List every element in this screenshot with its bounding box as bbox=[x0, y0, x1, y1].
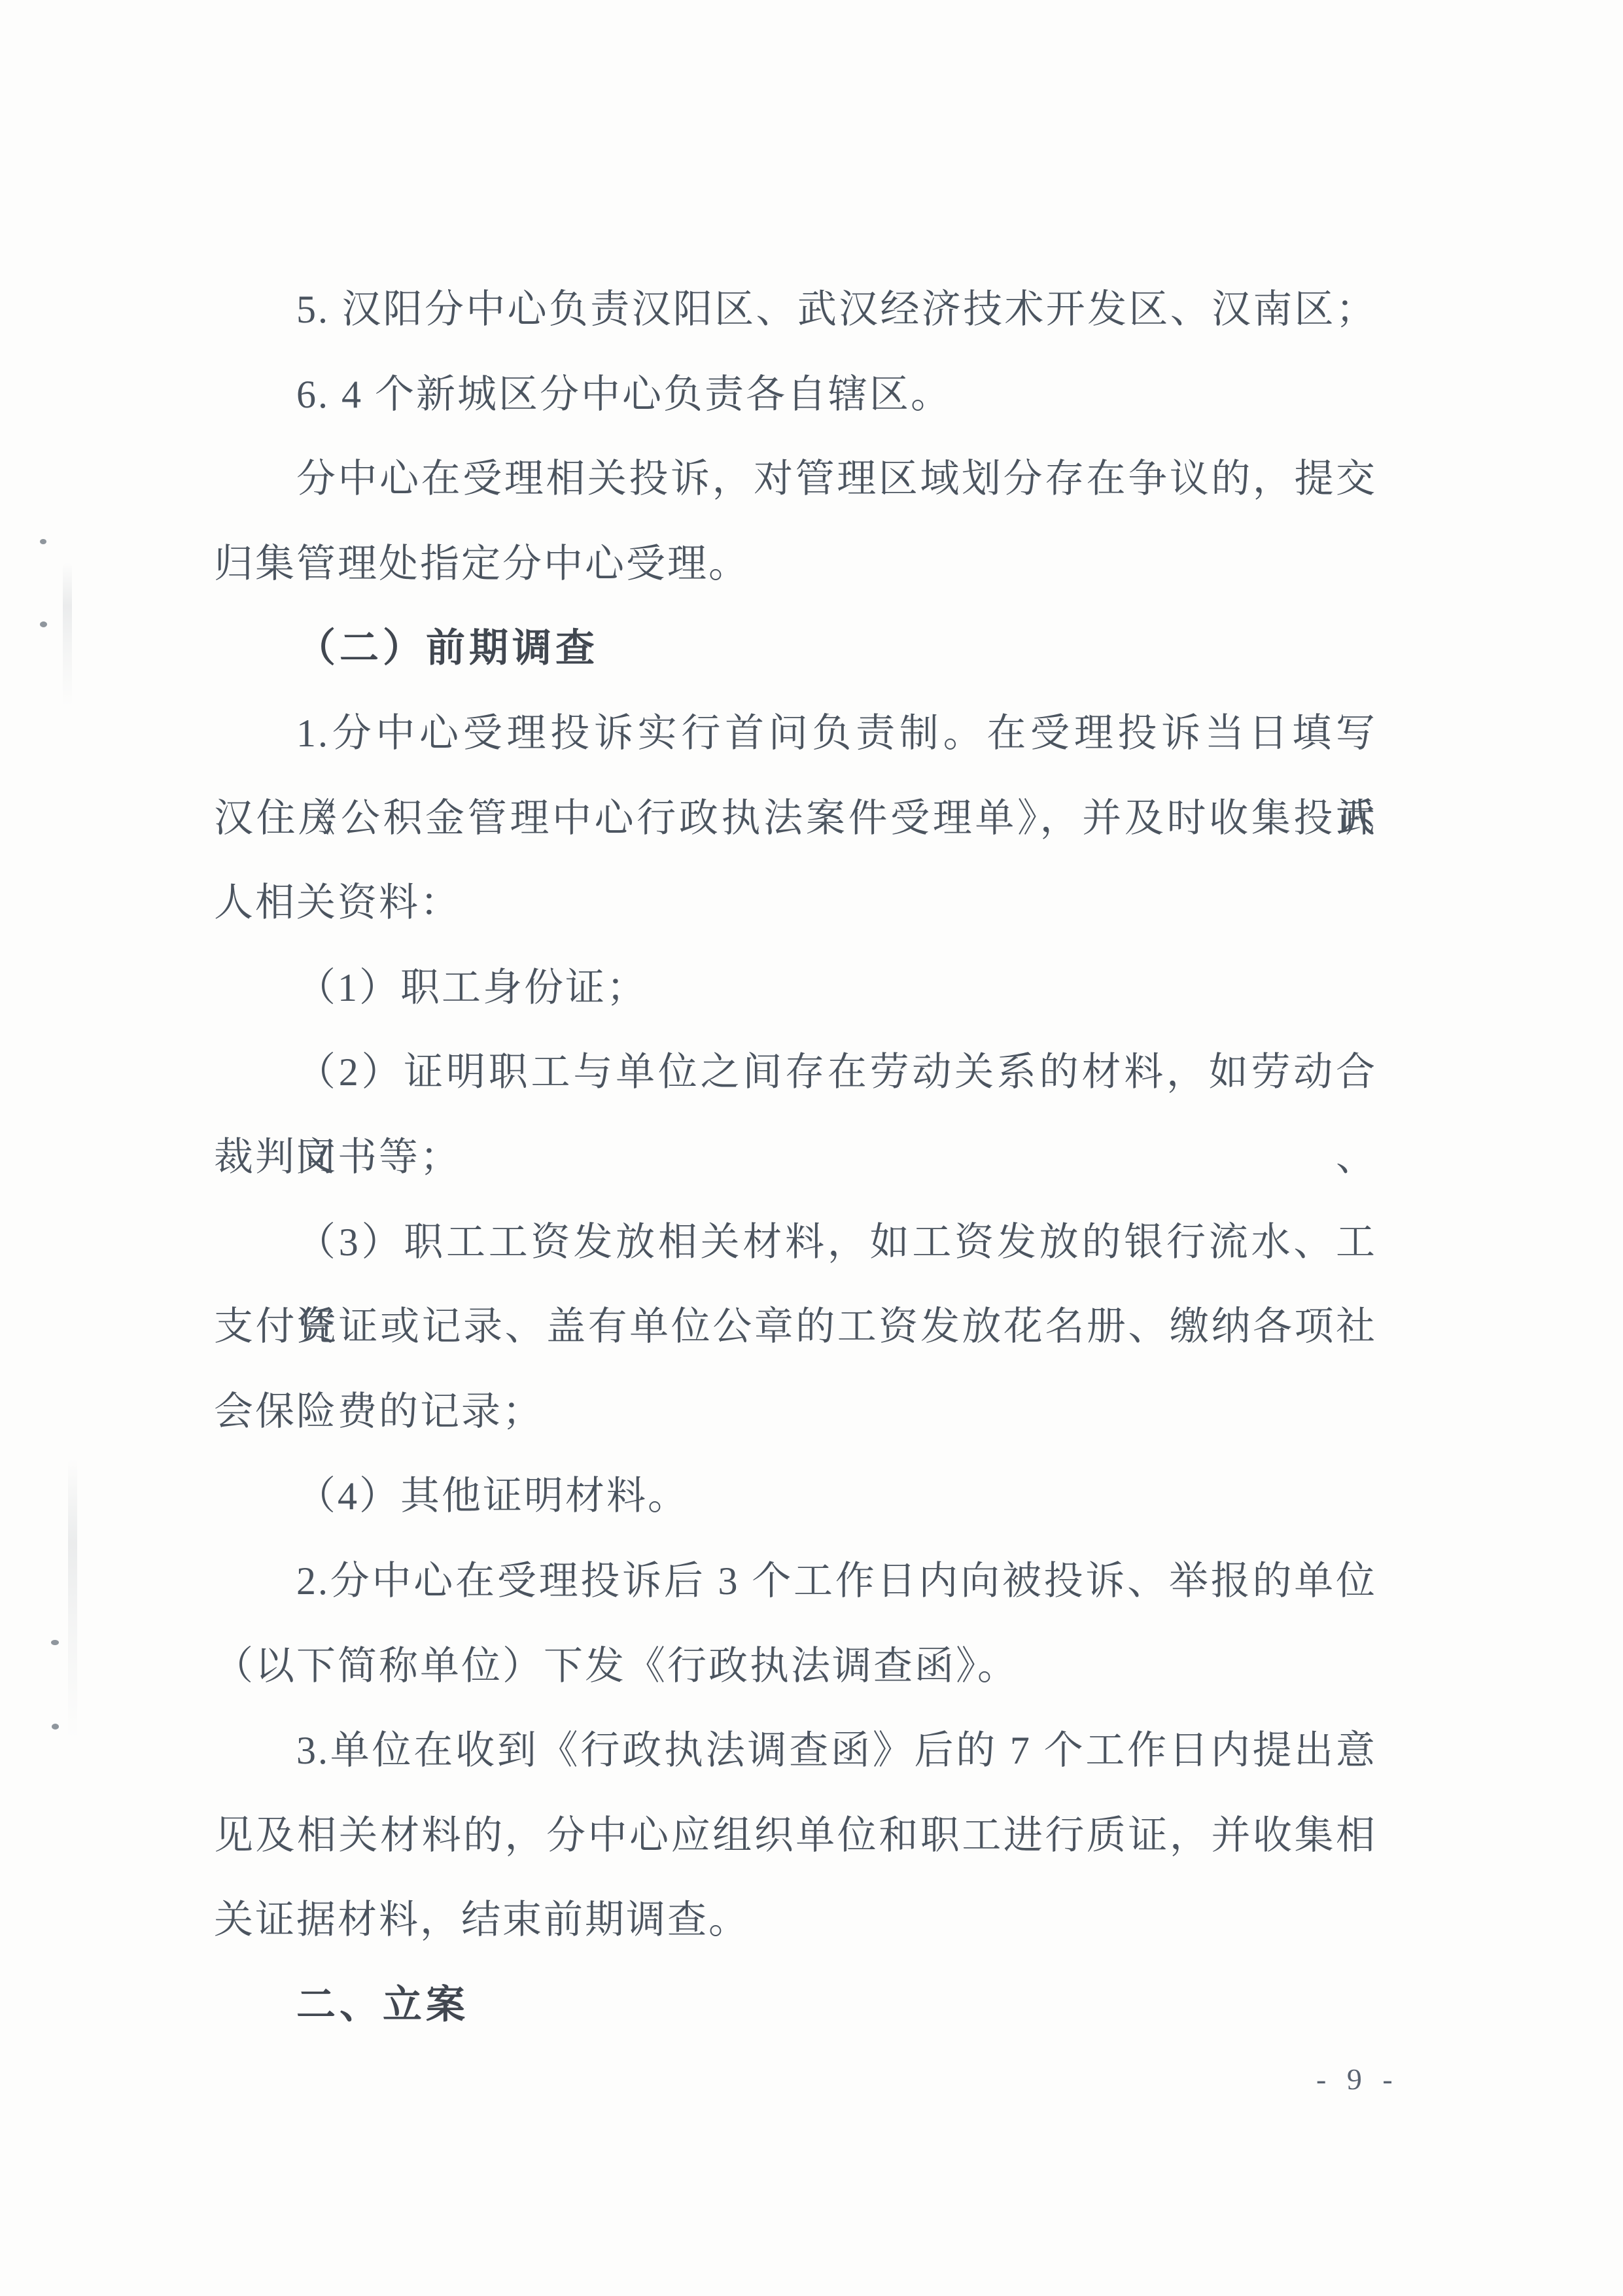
body-line: （以下简称单位）下发《行政执法调查函》。 bbox=[214, 1624, 1377, 1709]
scan-speck bbox=[51, 1640, 59, 1645]
section-heading: 二、立案 bbox=[214, 1963, 1377, 2048]
body-line: 见及相关材料的，分中心应组织单位和职工进行质证，并收集相 bbox=[214, 1794, 1377, 1879]
scan-speck bbox=[40, 621, 47, 627]
body-line: 3.单位在收到《行政执法调查函》后的 7 个工作日内提出意 bbox=[214, 1709, 1377, 1794]
body-line: 5. 汉阳分中心负责汉阳区、武汉经济技术开发区、汉南区； bbox=[214, 268, 1377, 353]
body-line: （2）证明职工与单位之间存在劳动关系的材料，如劳动合同、 bbox=[214, 1030, 1377, 1115]
scan-smudge bbox=[68, 1459, 77, 1740]
body-line: （3）职工工资发放相关材料，如工资发放的银行流水、工资 bbox=[214, 1200, 1377, 1285]
body-line: 关证据材料，结束前期调查。 bbox=[214, 1878, 1377, 1963]
document-body: 5. 汉阳分中心负责汉阳区、武汉经济技术开发区、汉南区； 6. 4 个新城区分中… bbox=[214, 268, 1377, 2047]
body-line: （1）职工身份证； bbox=[214, 946, 1377, 1031]
body-line: 6. 4 个新城区分中心负责各自辖区。 bbox=[214, 353, 1377, 438]
body-line: 1.分中心受理投诉实行首问负责制。在受理投诉当日填写《武 bbox=[214, 691, 1377, 776]
body-line: 分中心在受理相关投诉，对管理区域划分存在争议的，提交 bbox=[214, 437, 1377, 522]
body-line: 2.分中心在受理投诉后 3 个工作日内向被投诉、举报的单位 bbox=[214, 1539, 1377, 1624]
scan-speck bbox=[40, 539, 46, 544]
scan-speck bbox=[52, 1724, 59, 1730]
scan-smudge bbox=[63, 563, 72, 706]
section-heading: （二）前期调查 bbox=[214, 606, 1377, 691]
body-line: （4）其他证明材料。 bbox=[214, 1454, 1377, 1539]
body-line: 归集管理处指定分中心受理。 bbox=[214, 522, 1377, 607]
document-page: 5. 汉阳分中心负责汉阳区、武汉经济技术开发区、汉南区； 6. 4 个新城区分中… bbox=[0, 0, 1623, 2296]
body-line: 人相关资料： bbox=[214, 861, 1377, 946]
body-line: 支付凭证或记录、盖有单位公章的工资发放花名册、缴纳各项社 bbox=[214, 1285, 1377, 1370]
body-line: 汉住房公积金管理中心行政执法案件受理单》，并及时收集投诉 bbox=[214, 776, 1377, 861]
page-number: - 9 - bbox=[1316, 2062, 1399, 2096]
body-line: 会保险费的记录； bbox=[214, 1370, 1377, 1455]
